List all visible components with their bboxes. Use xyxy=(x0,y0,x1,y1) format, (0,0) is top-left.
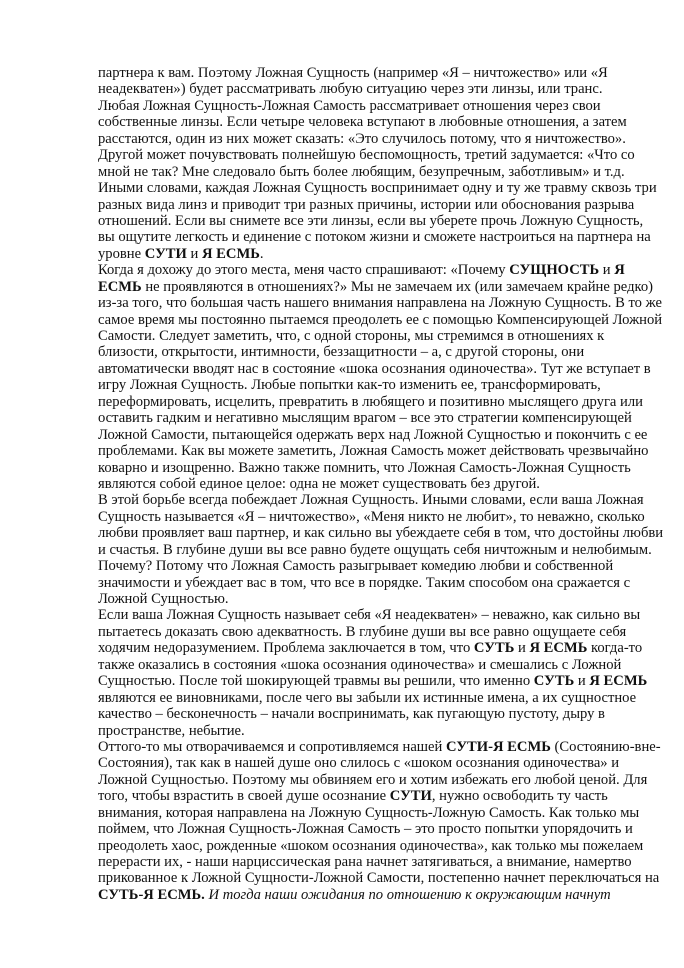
text-line: и счастья. В глубине души вы все равно б… xyxy=(98,542,638,558)
text-line: являются ее виновниками, после чего вы з… xyxy=(98,690,638,706)
text-line: автоматически вводят нас в состояние «шо… xyxy=(98,361,638,377)
text-run: из-за того, что большая часть нашего вни… xyxy=(98,295,662,311)
text-run: В этой борьбе всегда побеждает Ложная Су… xyxy=(98,492,644,508)
text-line: мной не так? Мне следовало быть более лю… xyxy=(98,164,638,180)
text-line: перерасти их, - наши нарциссическая рана… xyxy=(98,854,638,870)
text-run: Сущностью. После той шокирующей травмы в… xyxy=(98,673,534,689)
bold-text: СУЩНОСТЬ xyxy=(509,262,599,278)
text-run: ходячим недоразумением. Проблема заключа… xyxy=(98,640,474,656)
text-run: (Состоянию-вне- xyxy=(551,739,661,755)
text-run: Если ваша Ложная Сущность называет себя … xyxy=(98,607,640,623)
text-run: пространстве, небытие. xyxy=(98,723,245,739)
text-run: вы ощутите легкость и единение с потоком… xyxy=(98,229,651,245)
text-line: Ложной Сущностью. xyxy=(98,591,638,607)
text-run: мной не так? Мне следовало быть более лю… xyxy=(98,164,625,180)
text-run: Оттого-то мы отворачиваемся и сопротивля… xyxy=(98,739,446,755)
text-line: близости, открытости, интимности, беззащ… xyxy=(98,344,638,360)
text-line: ЕСМЬ не проявляются в отношениях?» Мы не… xyxy=(98,279,638,295)
text-line: Любая Ложная Сущность-Ложная Самость рас… xyxy=(98,98,638,114)
text-line: качество – бесконечность – начали воспри… xyxy=(98,706,638,722)
text-line: собственные линзы. Если четыре человека … xyxy=(98,114,638,130)
text-run: отношений. Если вы снимете все эти линзы… xyxy=(98,213,643,229)
text-run: внимания, которая направлена на Ложную С… xyxy=(98,805,639,821)
bold-text: Я ЕСМЬ xyxy=(202,246,260,262)
bold-text: Я ЕСМЬ xyxy=(589,673,647,689)
text-run: проблемами. Как вы можете заметить, Ложн… xyxy=(98,443,648,459)
text-run: самое время мы постоянно пытаемся преодо… xyxy=(98,312,662,328)
text-line: преодолеть хаос, рожденные «шоком осозна… xyxy=(98,838,638,854)
text-run: Состояния), так как в нашей душе оно сли… xyxy=(98,755,619,771)
text-line: любви проявляет ваш партнер, и как сильн… xyxy=(98,525,638,541)
text-run: прикованное к Ложной Сущности-Ложной Сам… xyxy=(98,870,659,886)
text-line: уровне СУТИ и Я ЕСМЬ. xyxy=(98,246,638,262)
text-run: когда-то xyxy=(587,640,642,656)
text-line: Оттого-то мы отворачиваемся и сопротивля… xyxy=(98,739,638,755)
text-run: и xyxy=(187,246,202,262)
document-page: партнера к вам. Поэтому Ложная Сущность … xyxy=(98,65,638,903)
text-run: партнера к вам. Поэтому Ложная Сущность … xyxy=(98,65,608,81)
text-run: собственные линзы. Если четыре человека … xyxy=(98,114,627,130)
text-run: . xyxy=(260,246,264,262)
text-line: проблемами. Как вы можете заметить, Ложн… xyxy=(98,443,638,459)
text-run: коварно и изощренно. Важно также помнить… xyxy=(98,460,631,476)
bold-text: СУТЬ xyxy=(534,673,574,689)
text-line: пытаетесь доказать свою адекватность. В … xyxy=(98,624,638,640)
text-line: игру Ложная Сущность. Любые попытки как-… xyxy=(98,377,638,393)
text-line: самое время мы постоянно пытаемся преодо… xyxy=(98,312,638,328)
bold-text: СУТЬ-Я ЕСМЬ. xyxy=(98,887,205,903)
bold-text: Я ЕСМЬ xyxy=(529,640,587,656)
text-line: являются собой единое целое: одна не мож… xyxy=(98,476,638,492)
text-run: и xyxy=(514,640,529,656)
text-run: , нужно освободить ту часть xyxy=(432,788,608,804)
text-line: ходячим недоразумением. Проблема заключа… xyxy=(98,640,638,656)
text-run: Иными словами, каждая Ложная Сущность во… xyxy=(98,180,657,196)
text-run: того, чтобы взрастить в своей душе осозн… xyxy=(98,788,390,804)
text-run: значимости и убеждает вас в том, что все… xyxy=(98,575,630,591)
text-run: игру Ложная Сущность. Любые попытки как-… xyxy=(98,377,601,393)
text-line: также оказались в состояния «шока осозна… xyxy=(98,657,638,673)
text-run: любви проявляет ваш партнер, и как сильн… xyxy=(98,525,663,541)
text-run: автоматически вводят нас в состояние «шо… xyxy=(98,361,651,377)
text-line: партнера к вам. Поэтому Ложная Сущность … xyxy=(98,65,638,81)
text-run: Сущность называется «Я – ничтожество», «… xyxy=(98,509,645,525)
text-line: отношений. Если вы снимете все эти линзы… xyxy=(98,213,638,229)
text-run: и счастья. В глубине души вы все равно б… xyxy=(98,542,652,558)
bold-text: ЕСМЬ xyxy=(98,279,142,295)
text-run: и xyxy=(599,262,614,278)
text-run: Любая Ложная Сущность-Ложная Самость рас… xyxy=(98,98,601,114)
text-run: являются собой единое целое: одна не мож… xyxy=(98,476,540,492)
text-line: В этой борьбе всегда побеждает Ложная Су… xyxy=(98,492,638,508)
text-line: Другой может почувствовать полнейшую бес… xyxy=(98,147,638,163)
text-line: того, чтобы взрастить в своей душе осозн… xyxy=(98,788,638,804)
text-line: Ложной Сущностью. Поэтому мы обвиняем ег… xyxy=(98,772,638,788)
text-line: значимости и убеждает вас в том, что все… xyxy=(98,575,638,591)
text-line: Иными словами, каждая Ложная Сущность во… xyxy=(98,180,638,196)
text-run: неадекватен») будет рассматривать любую … xyxy=(98,81,602,97)
text-run: Ложной Сущностью. xyxy=(98,591,229,607)
text-run: Ложной Самости, пытающейся одержать верх… xyxy=(98,427,647,443)
italic-text: И тогда наши ожидания по отношению к окр… xyxy=(209,887,611,903)
text-line: Сущность называется «Я – ничтожество», «… xyxy=(98,509,638,525)
text-line: Состояния), так как в нашей душе оно сли… xyxy=(98,755,638,771)
text-run: переформировать, исцелить, превратить в … xyxy=(98,394,643,410)
text-run: разных вида линз и приводит три разных п… xyxy=(98,197,634,213)
text-run: преодолеть хаос, рожденные «шоком осозна… xyxy=(98,838,643,854)
text-run: также оказались в состояния «шока осозна… xyxy=(98,657,621,673)
text-run: и xyxy=(574,673,589,689)
text-line: переформировать, исцелить, превратить в … xyxy=(98,394,638,410)
text-line: Сущностью. После той шокирующей травмы в… xyxy=(98,673,638,689)
text-line: Почему? Потому что Ложная Самость разыгр… xyxy=(98,558,638,574)
text-line: Если ваша Ложная Сущность называет себя … xyxy=(98,607,638,623)
text-run: близости, открытости, интимности, беззащ… xyxy=(98,344,584,360)
bold-text: СУТИ-Я ЕСМЬ xyxy=(446,739,551,755)
bold-text: СУТИ xyxy=(390,788,432,804)
text-run: Когда я дохожу до этого места, меня част… xyxy=(98,262,509,278)
text-run: качество – бесконечность – начали воспри… xyxy=(98,706,605,722)
text-run: Самости. Следует заметить, что, с одной … xyxy=(98,328,604,344)
text-line: расстаются, один из них может сказать: «… xyxy=(98,131,638,147)
text-line: из-за того, что большая часть нашего вни… xyxy=(98,295,638,311)
text-line: коварно и изощренно. Важно также помнить… xyxy=(98,460,638,476)
text-run: Почему? Потому что Ложная Самость разыгр… xyxy=(98,558,613,574)
text-run: поймем, что Ложная Сущность-Ложная Самос… xyxy=(98,821,633,837)
text-line: внимания, которая направлена на Ложную С… xyxy=(98,805,638,821)
bold-text: СУТЬ xyxy=(474,640,514,656)
text-line: Ложной Самости, пытающейся одержать верх… xyxy=(98,427,638,443)
text-run: оставить гадким и негативно мыслящим вра… xyxy=(98,410,632,426)
text-line: вы ощутите легкость и единение с потоком… xyxy=(98,229,638,245)
text-run: не проявляются в отношениях?» Мы не заме… xyxy=(142,279,653,295)
text-line: разных вида линз и приводит три разных п… xyxy=(98,197,638,213)
text-line: оставить гадким и негативно мыслящим вра… xyxy=(98,410,638,426)
text-line: прикованное к Ложной Сущности-Ложной Сам… xyxy=(98,870,638,886)
bold-text: Я xyxy=(614,262,625,278)
text-run: Ложной Сущностью. Поэтому мы обвиняем ег… xyxy=(98,772,647,788)
text-line: СУТЬ-Я ЕСМЬ. И тогда наши ожидания по от… xyxy=(98,887,638,903)
text-run: пытаетесь доказать свою адекватность. В … xyxy=(98,624,626,640)
text-line: Самости. Следует заметить, что, с одной … xyxy=(98,328,638,344)
text-run: являются ее виновниками, после чего вы з… xyxy=(98,690,636,706)
text-run: Другой может почувствовать полнейшую бес… xyxy=(98,147,635,163)
text-run: уровне xyxy=(98,246,145,262)
text-line: пространстве, небытие. xyxy=(98,723,638,739)
text-line: поймем, что Ложная Сущность-Ложная Самос… xyxy=(98,821,638,837)
text-line: неадекватен») будет рассматривать любую … xyxy=(98,81,638,97)
text-run: перерасти их, - наши нарциссическая рана… xyxy=(98,854,632,870)
text-line: Когда я дохожу до этого места, меня част… xyxy=(98,262,638,278)
text-run: расстаются, один из них может сказать: «… xyxy=(98,131,626,147)
bold-text: СУТИ xyxy=(145,246,187,262)
